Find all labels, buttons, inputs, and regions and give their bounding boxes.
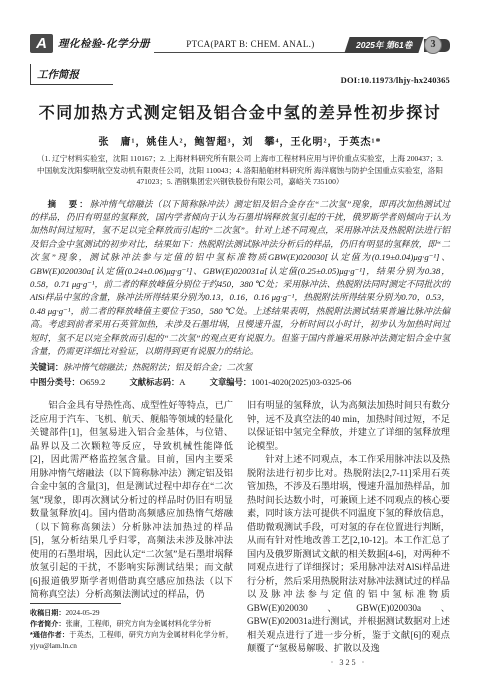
journal-header: A 理化检验-化学分册 PTCA(PART B: CHEM. ANAL.) 20… xyxy=(30,32,450,53)
journal-logo-letter: A xyxy=(36,35,47,52)
journal-logo: A xyxy=(30,34,53,53)
section-tag: 工作简报 xyxy=(30,64,113,85)
issue-badge-ribbon: 2025年 第61卷 xyxy=(344,37,423,53)
footnote-received: 收稿日期：2024-05-29 xyxy=(30,608,233,619)
authors-line: 张 庸¹，姚佳人²，鲍智超³，刘 攀⁴，王化明²，于英杰¹* xyxy=(30,133,450,148)
clc-value: O659.2 xyxy=(80,377,106,387)
footnote-block: 收稿日期：2024-05-29 作者简介：张庸，工程师，研究方向为金属材料化学分… xyxy=(30,603,233,651)
footnote-bio-value: 张庸，工程师，研究方向为金属材料化学分析 xyxy=(65,619,211,628)
affiliations: （1. 辽宁材料实验室，沈阳 110167；2. 上海材料研究所有限公司 上海市… xyxy=(30,153,450,188)
abstract-text: 脉冲惰气熔融法（以下简称脉冲法）测定铝及铝合金存在“二次氢”现象，即再次加热测试… xyxy=(30,199,450,356)
issue-badge-text: 2025年 第61卷 xyxy=(356,39,412,51)
body-left-column: 铝合金具有导热性高、成型性好等特点，已广泛应用于汽车、飞机、航天、舰船等领域的轻… xyxy=(30,399,233,651)
paper-page: A 理化检验-化学分册 PTCA(PART B: CHEM. ANAL.) 20… xyxy=(0,0,480,673)
clc-label: 中图分类号： xyxy=(30,377,80,387)
footnote-author-bio: 作者简介：张庸，工程师，研究方向为金属材料化学分析 xyxy=(30,619,233,630)
issue-number-circle: 3 xyxy=(424,36,442,54)
footnote-corresponding-label: *通信作者： xyxy=(30,631,69,639)
article-title: 不同加热方式测定铝及铝合金中氢的差异性初步探讨 xyxy=(30,100,450,123)
abstract: 摘 要：脉冲惰气熔融法（以下简称脉冲法）测定铝及铝合金存在“二次氢”现象，即再次… xyxy=(30,198,450,359)
body-columns: 铝合金具有导热性高、成型性好等特点，已广泛应用于汽车、飞机、航天、舰船等领域的轻… xyxy=(30,399,450,651)
section-row: 工作简报 DOI:10.11973/lhjy-hx240365 xyxy=(30,64,450,85)
page-number: · 325 · xyxy=(247,656,450,670)
keywords-line: 关键词：脉冲惰气熔融法；热脱附法；铝及铝合金；二次氢 xyxy=(30,361,450,373)
article-id-pair: 文章编号：1001-4020(2025)03-0325-06 xyxy=(210,377,352,387)
issue-badge: 2025年 第61卷 3 xyxy=(347,37,450,53)
doc-code-label: 文献标志码： xyxy=(130,377,180,387)
doc-code-pair: 文献标志码：A xyxy=(130,377,186,387)
footnote-rule xyxy=(30,603,121,604)
journal-name-en: PTCA(PART B: CHEM. ANAL.) xyxy=(186,39,314,52)
doc-code-value: A xyxy=(179,377,185,387)
keywords-label: 关键词： xyxy=(30,362,63,372)
header-rule: PTCA(PART B: CHEM. ANAL.) xyxy=(154,32,347,53)
article-id-label: 文章编号： xyxy=(210,377,252,387)
body-paragraph: 针对上述不同观点，本工作采用脉冲法以及热脱附法进行初步比对。热脱附法[2,7-1… xyxy=(247,453,450,656)
article-id-value: 1001-4020(2025)03-0325-06 xyxy=(251,377,351,387)
journal-name-cn: 理化检验-化学分册 xyxy=(58,36,150,51)
issue-number-bar: 3 xyxy=(424,39,450,52)
clc-pair: 中图分类号：O659.2 xyxy=(30,377,105,387)
body-paragraph: 旧有明显的氢释放，认为高频法加热时间只有数分钟，远不及真空法的40 min，加热… xyxy=(247,399,450,453)
body-paragraph: 铝合金具有导热性高、成型性好等特点，已广泛应用于汽车、飞机、航天、舰船等领域的轻… xyxy=(30,399,233,602)
classification-line: 中图分类号：O659.2 文献标志码：A 文章编号：1001-4020(2025… xyxy=(30,376,450,388)
footnote-received-label: 收稿日期： xyxy=(30,609,65,617)
abstract-label: 摘 要： xyxy=(48,199,90,209)
keywords-text: 脉冲惰气熔融法；热脱附法；铝及铝合金；二次氢 xyxy=(63,362,252,372)
doi-text: DOI:10.11973/lhjy-hx240365 xyxy=(341,75,450,85)
body-right-column: 旧有明显的氢释放，认为高频法加热时间只有数分钟，远不及真空法的40 min，加热… xyxy=(247,399,450,651)
footnote-bio-label: 作者简介： xyxy=(30,620,65,628)
footnote-corresponding: *通信作者：于英杰，工程师，研究方向为金属材料化学分析，yjyu@lam.ln.… xyxy=(30,630,233,652)
footnote-received-value: 2024-05-29 xyxy=(65,608,99,617)
